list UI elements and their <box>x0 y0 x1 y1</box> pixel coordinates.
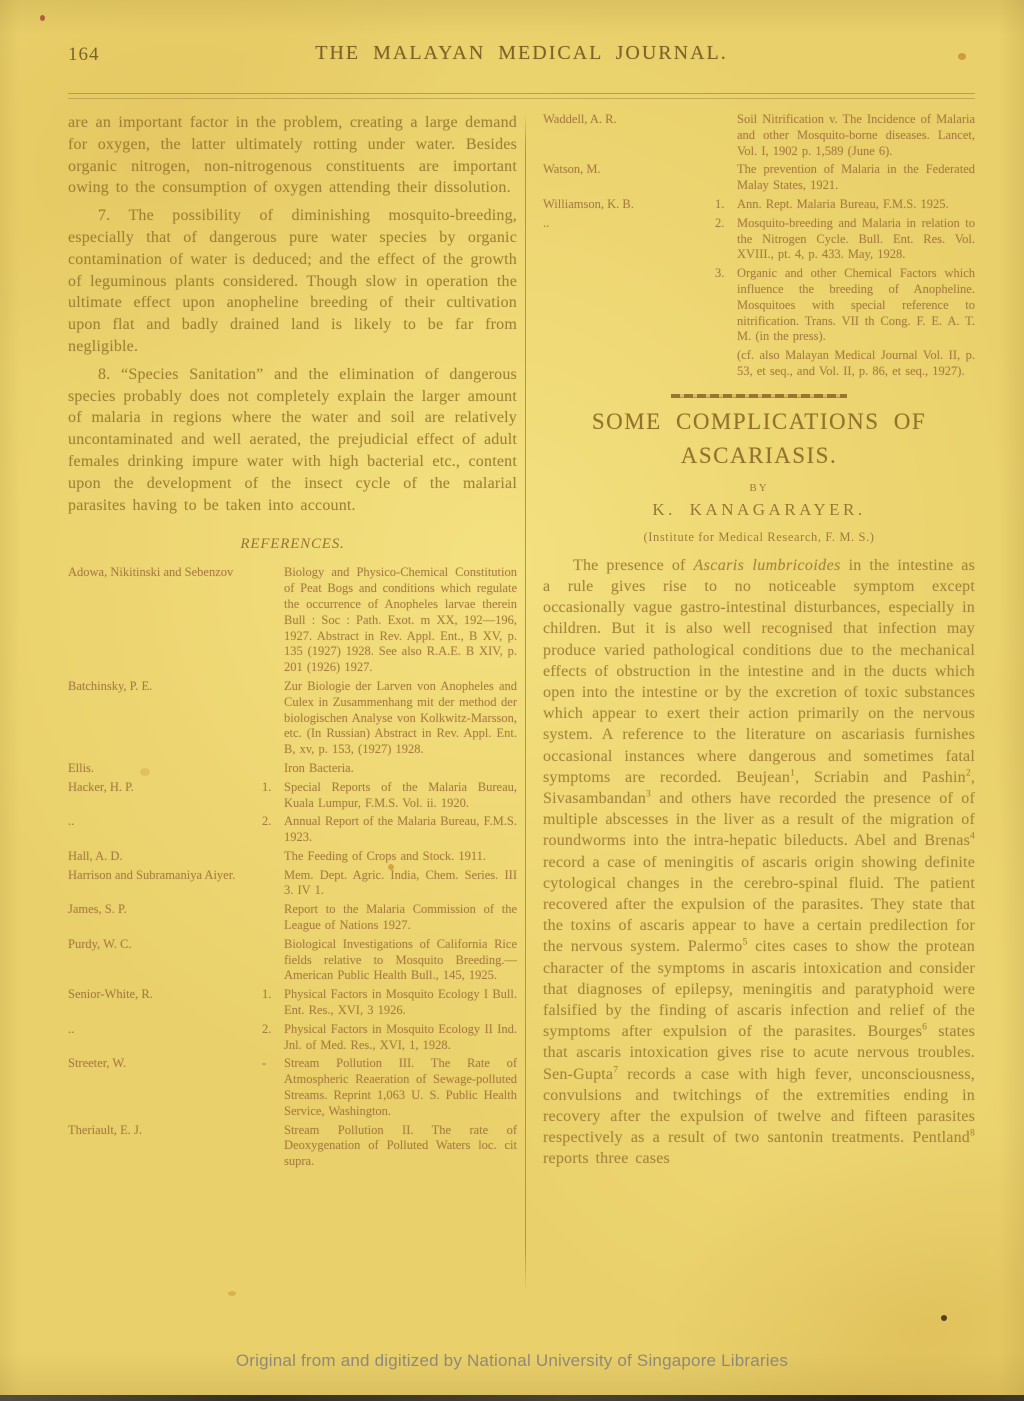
reference-text: Biology and Physico-Chemical Constitutio… <box>284 565 517 676</box>
page-header: 164 THE MALAYAN MEDICAL JOURNAL. <box>68 42 975 68</box>
body-paragraph: 7. The possibility of diminishing mosqui… <box>68 205 517 358</box>
section-divider-rule <box>671 394 847 398</box>
references-list-right: Waddell, A. R. Soil Nitrification v. The… <box>543 112 975 380</box>
reference-text: Zur Biologie der Larven von Anopheles an… <box>284 679 517 758</box>
references-list-left: Adowa, Nikitinski and Sebenzov Biology a… <box>68 565 517 1170</box>
reference-number: - <box>262 1056 284 1072</box>
reference-text: Stream Pollution II. The rate of Deoxyge… <box>284 1123 517 1170</box>
article-body-paragraph: The presence of Ascaris lumbricoides in … <box>543 555 975 1170</box>
reference-text: Physical Factors in Mosquito Ecology I B… <box>284 987 517 1019</box>
reference-row: Streeter, W. - Stream Pollution III. The… <box>68 1056 517 1119</box>
reference-author: James, S. P. <box>68 902 262 918</box>
reference-number: 2. <box>262 1022 284 1038</box>
reference-row: Batchinsky, P. E. Zur Biologie der Larve… <box>68 679 517 758</box>
header-rule <box>68 93 975 99</box>
reference-row: Watson, M. The prevention of Malaria in … <box>543 162 975 194</box>
reference-author: Williamson, K. B. <box>543 197 715 213</box>
scan-speck <box>228 1291 236 1296</box>
reference-author: Batchinsky, P. E. <box>68 679 262 695</box>
reference-author: Senior-White, R. <box>68 987 262 1003</box>
reference-text: Organic and other Chemical Factors which… <box>737 266 975 345</box>
reference-row: Harrison and Subramaniya Aiyer. Mem. Dep… <box>68 868 517 900</box>
reference-text: The prevention of Malaria in the Federat… <box>737 162 975 194</box>
reference-number: 2. <box>262 814 284 830</box>
reference-row: Ellis. Iron Bacteria. <box>68 761 517 777</box>
scan-speck <box>140 768 150 776</box>
reference-row: James, S. P. Report to the Malaria Commi… <box>68 902 517 934</box>
article-title-line: SOME COMPLICATIONS OF <box>543 408 975 436</box>
scan-speck <box>40 15 45 21</box>
left-column: are an important factor in the problem, … <box>68 112 517 1173</box>
reference-author: Hacker, H. P. <box>68 780 262 796</box>
article-title-line: ASCARIASIS. <box>543 442 975 470</box>
article-affiliation: (Institute for Medical Research, F. M. S… <box>543 530 975 545</box>
references-heading: REFERENCES. <box>68 536 517 553</box>
reference-author: Harrison and Subramaniya Aiyer. <box>68 868 262 884</box>
reference-row: Theriault, E. J. Stream Pollution II. Th… <box>68 1123 517 1170</box>
reference-text: (cf. also Malayan Medical Journal Vol. I… <box>737 348 975 380</box>
reference-row: Senior-White, R. 1. Physical Factors in … <box>68 987 517 1019</box>
reference-author: Waddell, A. R. <box>543 112 715 128</box>
scan-bottom-edge <box>0 1395 1024 1401</box>
reference-row: Purdy, W. C. Biological Investigations o… <box>68 937 517 984</box>
reference-row: Adowa, Nikitinski and Sebenzov Biology a… <box>68 565 517 676</box>
reference-author: Watson, M. <box>543 162 715 178</box>
reference-author: .. <box>68 814 262 830</box>
reference-author: .. <box>543 216 715 232</box>
reference-author: Adowa, Nikitinski and Sebenzov <box>68 565 262 581</box>
two-column-layout: are an important factor in the problem, … <box>68 112 975 1173</box>
reference-author: Purdy, W. C. <box>68 937 262 953</box>
reference-text: Special Reports of the Malaria Bureau, K… <box>284 780 517 812</box>
scan-speck <box>941 1315 947 1321</box>
reference-author: Hall, A. D. <box>68 849 262 865</box>
body-paragraph: are an important factor in the problem, … <box>68 112 517 199</box>
scan-speck <box>388 864 394 870</box>
reference-text: Mosquito-breeding and Malaria in relatio… <box>737 216 975 263</box>
reference-row: 3. Organic and other Chemical Factors wh… <box>543 266 975 345</box>
reference-row: .. 2. Physical Factors in Mosquito Ecolo… <box>68 1022 517 1054</box>
scan-speck <box>958 53 966 60</box>
reference-author: Streeter, W. <box>68 1056 262 1072</box>
reference-number: 3. <box>715 266 737 282</box>
reference-row: Williamson, K. B. 1. Ann. Rept. Malaria … <box>543 197 975 213</box>
digitization-credit: Original from and digitized by National … <box>0 1351 1024 1371</box>
byline-label: BY <box>543 482 975 494</box>
body-paragraph: 8. “Species Sanitation” and the eliminat… <box>68 364 517 517</box>
reference-number: 2. <box>715 216 737 232</box>
reference-text: Report to the Malaria Commission of the … <box>284 902 517 934</box>
reference-author: Ellis. <box>68 761 262 777</box>
reference-author: .. <box>68 1022 262 1038</box>
reference-text: Biological Investigations of California … <box>284 937 517 984</box>
reference-row: Hacker, H. P. 1. Special Reports of the … <box>68 780 517 812</box>
reference-author: Theriault, E. J. <box>68 1123 262 1139</box>
reference-text: Ann. Rept. Malaria Bureau, F.M.S. 1925. <box>737 197 975 213</box>
article-author: K. KANAGARAYER. <box>543 500 975 520</box>
journal-title: THE MALAYAN MEDICAL JOURNAL. <box>68 42 975 65</box>
reference-text: Annual Report of the Malaria Bureau, F.M… <box>284 814 517 846</box>
reference-number: 1. <box>715 197 737 213</box>
reference-row: .. 2. Mosquito-breeding and Malaria in r… <box>543 216 975 263</box>
reference-row: .. 2. Annual Report of the Malaria Burea… <box>68 814 517 846</box>
journal-page: 164 THE MALAYAN MEDICAL JOURNAL. are an … <box>0 0 1024 1401</box>
reference-text: Soil Nitrification v. The Incidence of M… <box>737 112 975 159</box>
reference-text: Stream Pollution III. The Rate of Atmosp… <box>284 1056 517 1119</box>
reference-text: Physical Factors in Mosquito Ecology II … <box>284 1022 517 1054</box>
reference-row: (cf. also Malayan Medical Journal Vol. I… <box>543 348 975 380</box>
reference-number: 1. <box>262 987 284 1003</box>
reference-number: 1. <box>262 780 284 796</box>
reference-row: Waddell, A. R. Soil Nitrification v. The… <box>543 112 975 159</box>
reference-text: Iron Bacteria. <box>284 761 517 777</box>
right-column: Waddell, A. R. Soil Nitrification v. The… <box>543 112 975 1173</box>
reference-text: Mem. Dept. Agric. India, Chem. Series. I… <box>284 868 517 900</box>
reference-text: The Feeding of Crops and Stock. 1911. <box>284 849 517 865</box>
reference-row: Hall, A. D. The Feeding of Crops and Sto… <box>68 849 517 865</box>
